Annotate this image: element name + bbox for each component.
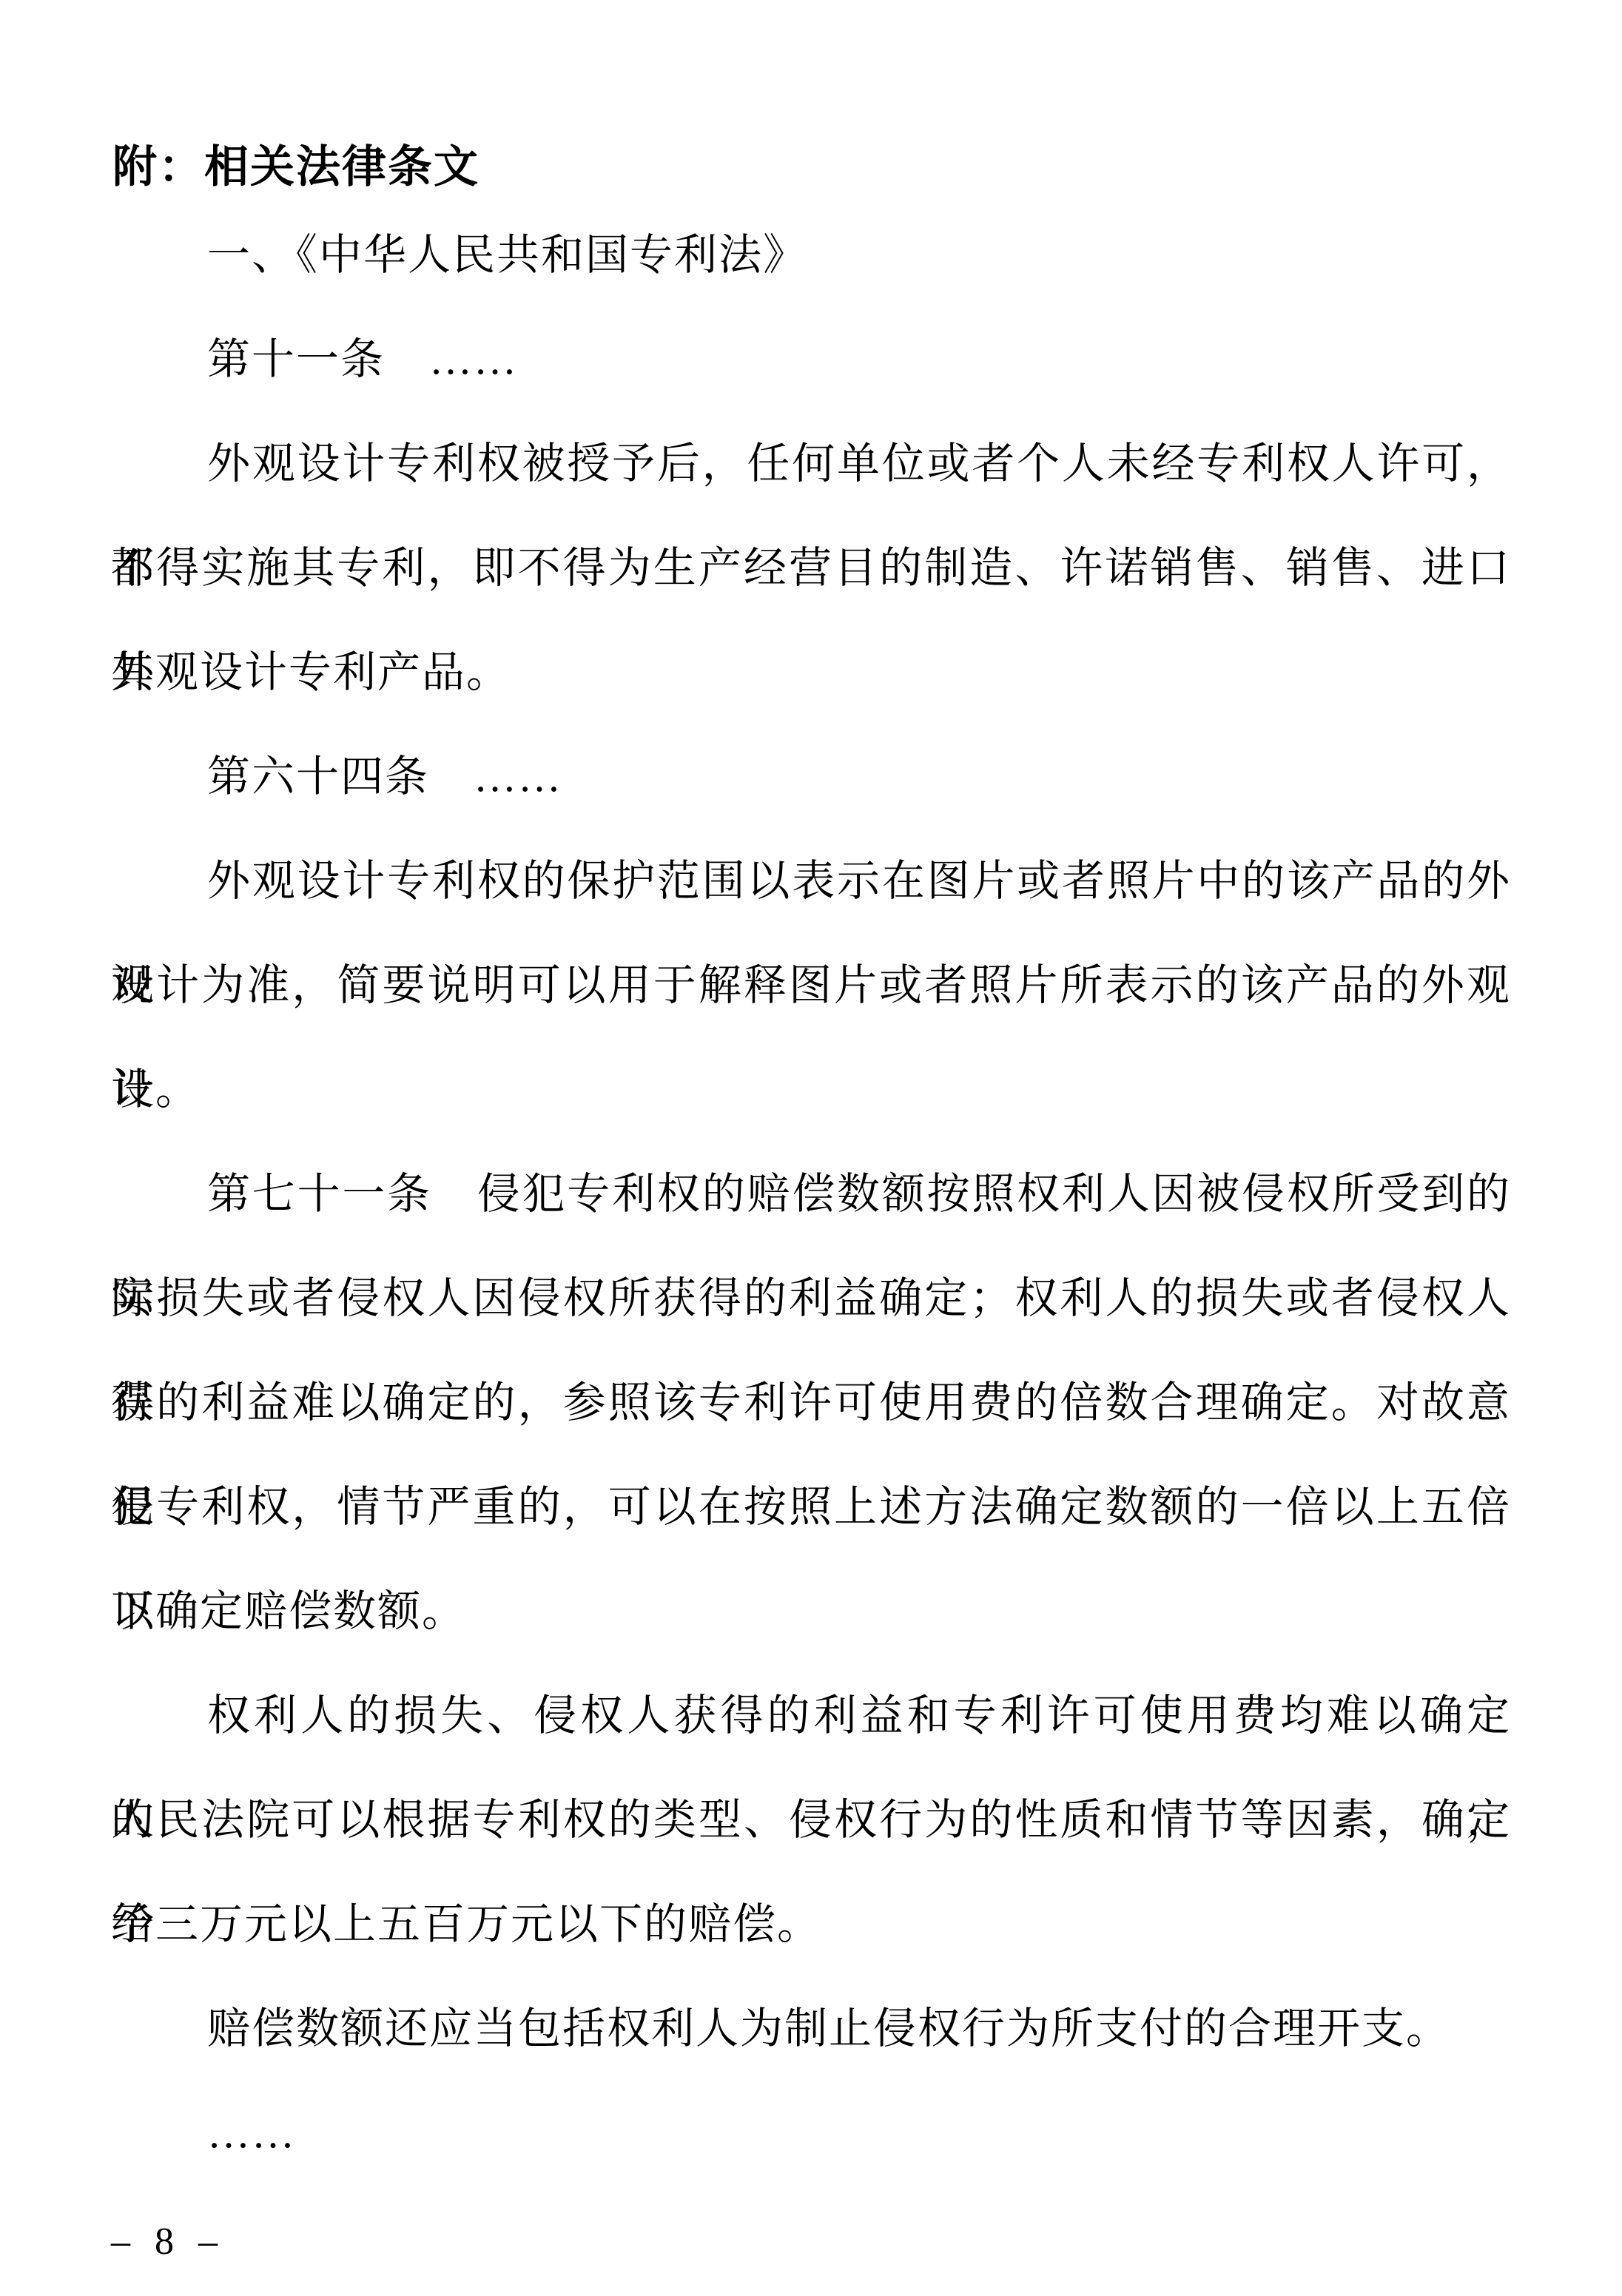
text-line: …… [111,2081,1511,2185]
text-line: 计。 [111,1037,1511,1142]
text-line: 赔偿数额还应当包括权利人为制止侵权行为所支付的合理开支。 [111,1976,1511,2081]
text-line: 予三万元以上五百万元以下的赔偿。 [111,1872,1511,1976]
text-line: 外观设计专利权被授予后，任何单位或者个人未经专利权人许可，都 [111,411,1511,516]
text-line: 外观设计专利产品。 [111,620,1511,724]
document-page: 附：相关法律条文 一、《中华人民共和国专利法》第十一条 ……外观设计专利权被授予… [0,0,1622,2296]
text-line: 权利人的损失、侵权人获得的利益和专利许可使用费均难以确定的， [111,1663,1511,1768]
text-line: 得的利益难以确定的，参照该专利许可使用费的倍数合理确定。对故意侵 [111,1350,1511,1455]
text-line: 第七十一条 侵犯专利权的赔偿数额按照权利人因被侵权所受到的实 [111,1142,1511,1246]
text-line: 下确定赔偿数额。 [111,1559,1511,1663]
page-number: – 8 – [111,2220,225,2263]
text-line: 设计为准，简要说明可以用于解释图片或者照片所表示的该产品的外观设 [111,933,1511,1037]
text-line: 际损失或者侵权人因侵权所获得的利益确定；权利人的损失或者侵权人获 [111,1246,1511,1350]
text-line: 人民法院可以根据专利权的类型、侵权行为的性质和情节等因素，确定给 [111,1768,1511,1872]
text-line: 外观设计专利权的保护范围以表示在图片或者照片中的该产品的外观 [111,829,1511,933]
body-lines: 一、《中华人民共和国专利法》第十一条 ……外观设计专利权被授予后，任何单位或者个… [111,203,1511,2185]
text-line: 第十一条 …… [111,307,1511,411]
text-line: 一、《中华人民共和国专利法》 [111,203,1511,307]
page-heading: 附：相关法律条文 [112,132,479,195]
text-line: 不得实施其专利，即不得为生产经营目的制造、许诺销售、销售、进口其 [111,516,1511,620]
text-line: 第六十四条 …… [111,724,1511,829]
text-line: 犯专利权，情节严重的，可以在按照上述方法确定数额的一倍以上五倍以 [111,1455,1511,1559]
